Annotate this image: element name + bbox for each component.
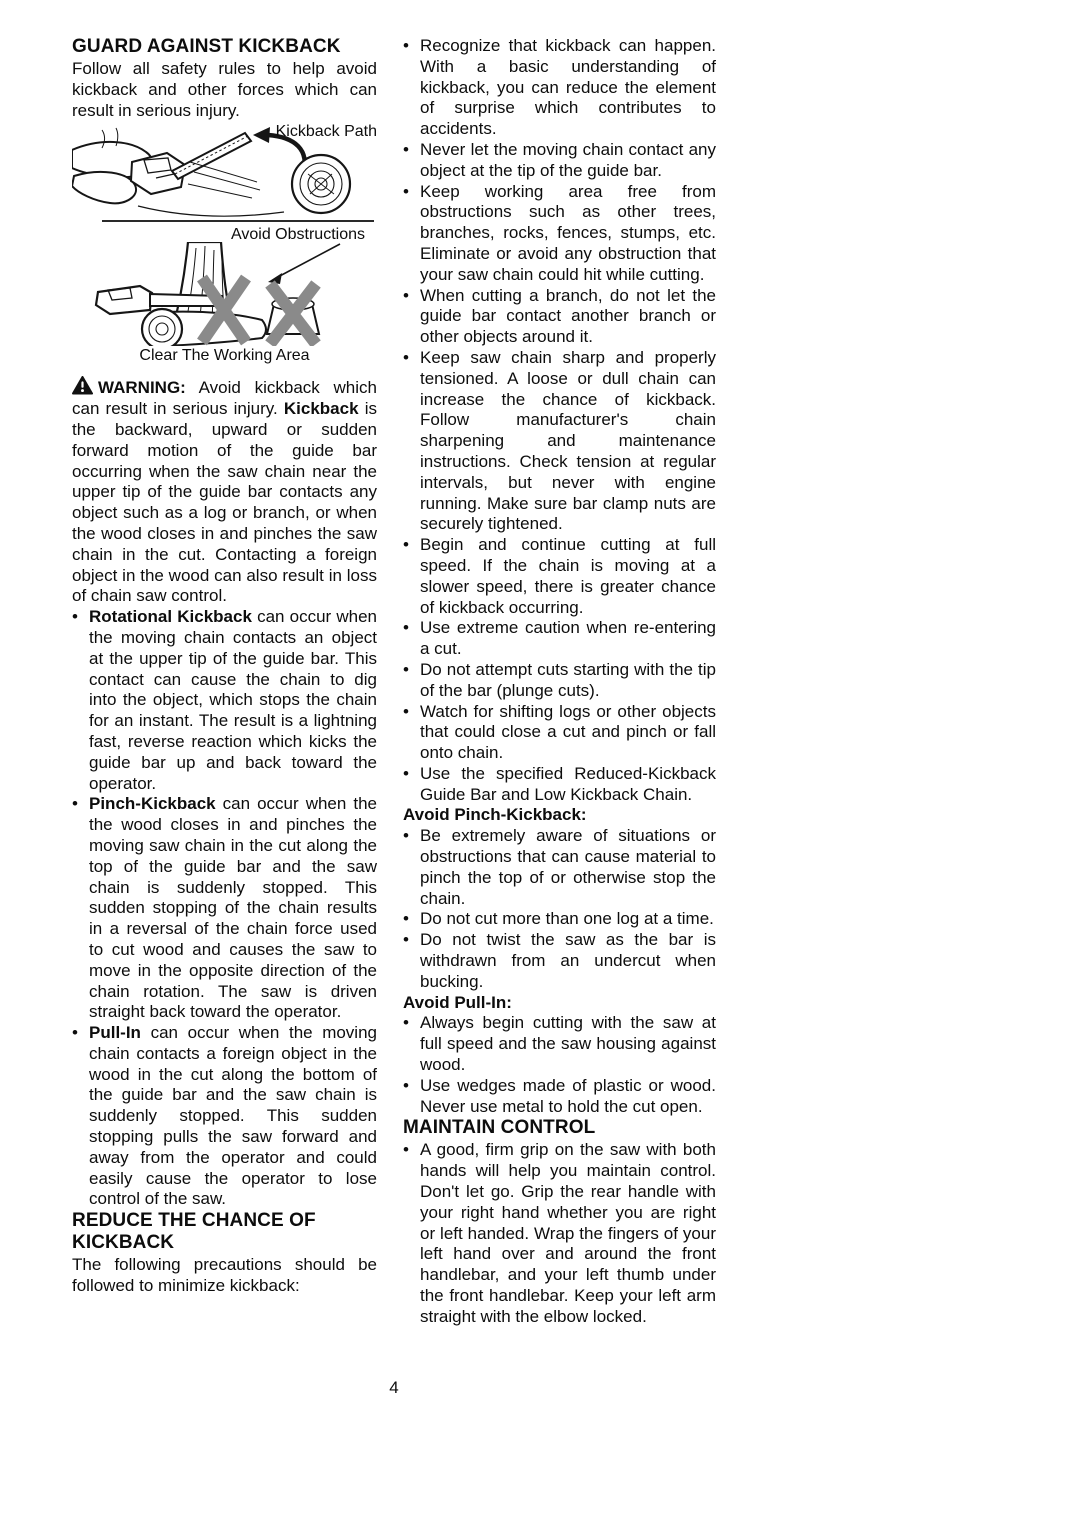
- list-item: •Never let the moving chain contact any …: [403, 140, 716, 182]
- list-item: •Always begin cutting with the saw at fu…: [403, 1013, 716, 1075]
- page-number: 4: [72, 1378, 716, 1398]
- bullet-marker: •: [403, 909, 420, 930]
- section-heading-maintain-control: MAINTAIN CONTROL: [403, 1117, 716, 1139]
- warning-triangle-icon: [72, 376, 93, 395]
- bullet-marker: •: [403, 182, 420, 286]
- bullet-marker: •: [72, 607, 89, 794]
- list-item-pinch-kickback: • Pinch-Kickback can occur when the the …: [72, 794, 377, 1023]
- list-item: •Use wedges made of plastic or wood. Nev…: [403, 1076, 716, 1118]
- list-item: •Watch for shifting logs or other object…: [403, 702, 716, 764]
- bullet-marker: •: [403, 1140, 420, 1327]
- precaution-text: Be extremely aware of situations or obst…: [420, 826, 716, 909]
- list-item: •Do not attempt cuts starting with the t…: [403, 660, 716, 702]
- list-item: •Use the specified Reduced-Kickback Guid…: [403, 764, 716, 806]
- bullet-marker: •: [403, 660, 420, 702]
- pinch-kickback-text: can occur when the the wood closes in an…: [89, 794, 377, 1021]
- warning-paragraph: WARNING: Avoid kickback which can result…: [72, 376, 377, 607]
- precaution-text: Watch for shifting logs or other objects…: [420, 702, 716, 764]
- warning-label: WARNING:: [98, 378, 186, 397]
- bullet-marker: •: [403, 140, 420, 182]
- document-page: { "page": { "number": "4" }, "left": { "…: [0, 0, 1080, 1526]
- precaution-text: Recognize that kickback can happen. With…: [420, 36, 716, 140]
- list-item: •Be extremely aware of situations or obs…: [403, 826, 716, 909]
- kickback-path-label: Kickback Path: [276, 122, 377, 141]
- right-column: •Recognize that kickback can happen. Wit…: [403, 36, 716, 1328]
- bullet-marker: •: [72, 1023, 89, 1210]
- bullet-marker: •: [72, 794, 89, 1023]
- intro-paragraph: Follow all safety rules to help avoid ki…: [72, 59, 377, 121]
- precaution-text: Use wedges made of plastic or wood. Neve…: [420, 1076, 716, 1118]
- subhead-avoid-pinch-kickback: Avoid Pinch-Kickback:: [403, 805, 716, 826]
- precaution-text: Do not cut more than one log at a time.: [420, 909, 716, 930]
- page-content: GUARD AGAINST KICKBACK Follow all safety…: [72, 36, 716, 1398]
- precaution-text: Never let the moving chain contact any o…: [420, 140, 716, 182]
- list-item: •Do not cut more than one log at a time.: [403, 909, 716, 930]
- bullet-marker: •: [403, 286, 420, 348]
- list-item-rotational-kickback: • Rotational Kickback can occur when the…: [72, 607, 377, 794]
- rotational-kickback-text: can occur when the moving chain contacts…: [89, 607, 377, 792]
- clear-working-area-illustration: [72, 242, 377, 346]
- subhead-avoid-pull-in: Avoid Pull-In:: [403, 993, 716, 1014]
- precaution-text: Keep saw chain sharp and properly tensio…: [420, 348, 716, 535]
- precaution-text: Keep working area free from obstructions…: [420, 182, 716, 286]
- precaution-text: Do not attempt cuts starting with the ti…: [420, 660, 716, 702]
- bullet-marker: •: [403, 36, 420, 140]
- list-item: •Keep saw chain sharp and properly tensi…: [403, 348, 716, 535]
- pinch-kickback-lead: Pinch-Kickback: [89, 794, 216, 813]
- obstructions-figure: Avoid Obstructions: [72, 225, 377, 365]
- list-item: •Begin and continue cutting at full spee…: [403, 535, 716, 618]
- list-item: •Recognize that kickback can happen. Wit…: [403, 36, 716, 140]
- bullet-marker: •: [403, 1076, 420, 1118]
- reduce-kickback-intro: The following precautions should be foll…: [72, 1255, 377, 1297]
- list-item: •Use extreme caution when re-entering a …: [403, 618, 716, 660]
- pull-in-lead: Pull-In: [89, 1023, 141, 1042]
- precaution-text: Always begin cutting with the saw at ful…: [420, 1013, 716, 1075]
- bullet-marker: •: [403, 764, 420, 806]
- bullet-marker: •: [403, 1013, 420, 1075]
- section-heading-reduce-kickback: REDUCE THE CHANCE OF KICKBACK: [72, 1210, 377, 1254]
- clear-working-area-caption: Clear The Working Area: [72, 346, 377, 365]
- pull-in-text: can occur when the moving chain contacts…: [89, 1023, 377, 1208]
- warning-bold-kickback: Kickback: [284, 399, 359, 418]
- precaution-text: Begin and continue cutting at full speed…: [420, 535, 716, 618]
- precaution-text: When cutting a branch, do not let the gu…: [420, 286, 716, 348]
- bullet-marker: •: [403, 535, 420, 618]
- kickback-figure: Kickback Path: [72, 124, 377, 222]
- list-item: •Keep working area free from obstruction…: [403, 182, 716, 286]
- precaution-text: Use extreme caution when re-entering a c…: [420, 618, 716, 660]
- rotational-kickback-lead: Rotational Kickback: [89, 607, 252, 626]
- list-item: •A good, firm grip on the saw with both …: [403, 1140, 716, 1327]
- bullet-marker: •: [403, 348, 420, 535]
- section-heading-guard-against-kickback: GUARD AGAINST KICKBACK: [72, 36, 377, 58]
- bullet-marker: •: [403, 826, 420, 909]
- precaution-text: Use the specified Reduced-Kickback Guide…: [420, 764, 716, 806]
- list-item: •When cutting a branch, do not let the g…: [403, 286, 716, 348]
- precaution-text: A good, firm grip on the saw with both h…: [420, 1140, 716, 1327]
- list-item-pull-in: • Pull-In can occur when the moving chai…: [72, 1023, 377, 1210]
- figure-divider: [102, 220, 374, 222]
- bullet-marker: •: [403, 930, 420, 992]
- left-column: GUARD AGAINST KICKBACK Follow all safety…: [72, 36, 377, 1328]
- list-item: •Do not twist the saw as the bar is with…: [403, 930, 716, 992]
- bullet-marker: •: [403, 702, 420, 764]
- bullet-marker: •: [403, 618, 420, 660]
- warning-text-2: is the backward, upward or sudden forwar…: [72, 399, 377, 605]
- precaution-text: Do not twist the saw as the bar is withd…: [420, 930, 716, 992]
